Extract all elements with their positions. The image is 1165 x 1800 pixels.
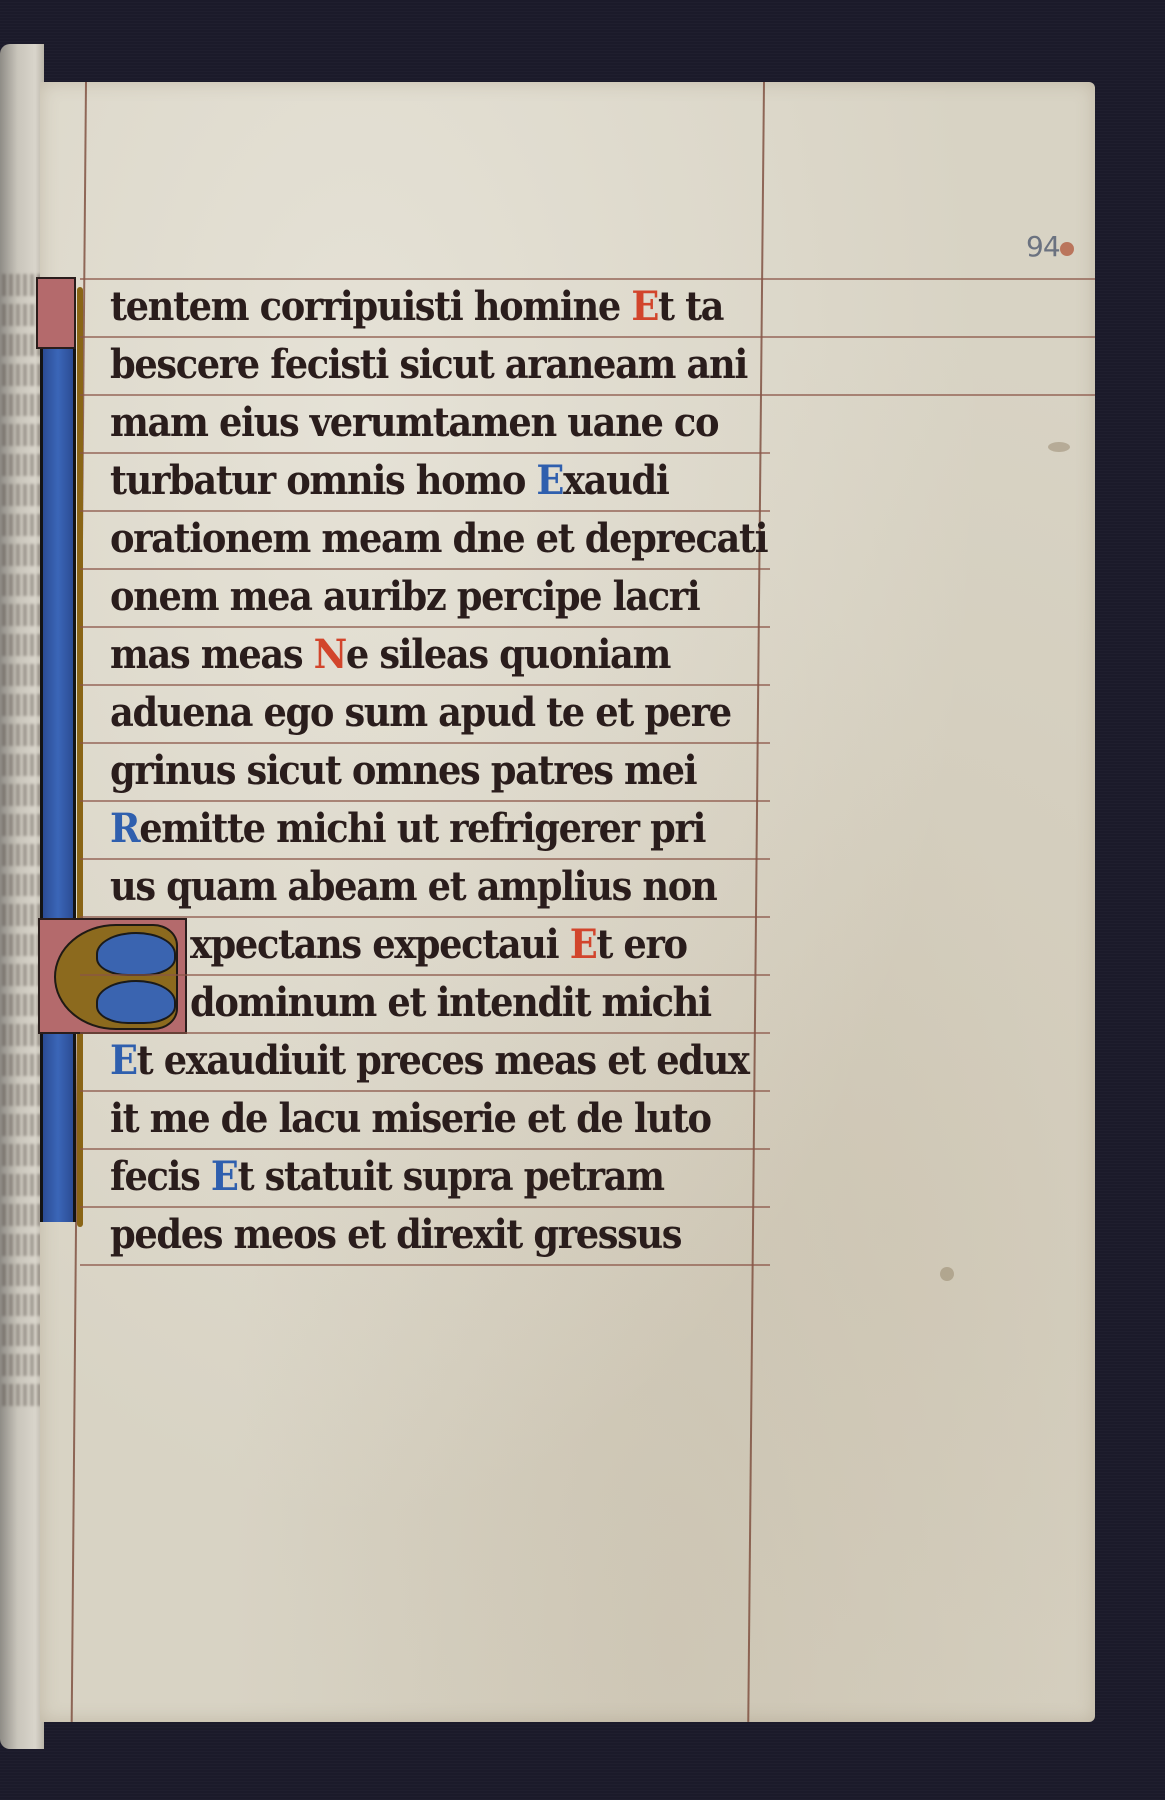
ruling-line xyxy=(80,452,770,454)
adjacent-page-text-ghost xyxy=(2,1024,42,1046)
manuscript-line: us quam abeam et amplius non xyxy=(110,858,716,916)
adjacent-page-text-ghost xyxy=(2,424,42,446)
line-text: orationem meam dne et deprecati xyxy=(110,515,767,562)
ruling-line xyxy=(80,1264,770,1266)
ruling-line xyxy=(80,394,1095,396)
manuscript-line: turbatur omnis homo Exaudi xyxy=(110,452,668,510)
adjacent-page-text-ghost xyxy=(2,544,42,566)
ruling-line xyxy=(80,510,770,512)
adjacent-page-text-ghost xyxy=(2,514,42,536)
initial-E-upper-bowl xyxy=(96,932,176,976)
illuminated-initial-I-cap xyxy=(36,277,76,349)
adjacent-page-text-ghost xyxy=(2,1084,42,1106)
ruling-line xyxy=(80,1206,770,1208)
adjacent-page-text-ghost xyxy=(2,844,42,866)
line-text: e sileas quoniam xyxy=(346,631,670,678)
adjacent-page-text-ghost xyxy=(2,1294,42,1316)
folio-ink-mark xyxy=(1060,242,1074,256)
ruling-line xyxy=(80,336,1095,338)
parchment-stain xyxy=(1048,442,1070,452)
adjacent-page-text-ghost xyxy=(2,874,42,896)
adjacent-page-text-ghost xyxy=(2,964,42,986)
manuscript-line: bescere fecisti sicut araneam ani xyxy=(110,336,747,394)
adjacent-page-text-ghost xyxy=(2,934,42,956)
line-text: t exaudiuit preces meas et edux xyxy=(137,1037,749,1084)
manuscript-line: onem mea auribz percipe lacri xyxy=(110,568,699,626)
adjacent-page-text-ghost xyxy=(2,1144,42,1166)
line-text: mam eius verumtamen uane co xyxy=(110,399,718,446)
rubricated-initial-red: N xyxy=(314,631,346,678)
ruling-line xyxy=(80,1032,770,1034)
adjacent-page-text-ghost xyxy=(2,694,42,716)
adjacent-page-text-ghost xyxy=(2,1264,42,1286)
ruling-line xyxy=(80,1148,770,1150)
rubricated-initial-red: E xyxy=(570,921,597,968)
adjacent-page-text-ghost xyxy=(2,904,42,926)
ruling-line xyxy=(80,626,770,628)
adjacent-page-text-ghost xyxy=(2,724,42,746)
manuscript-line: mam eius verumtamen uane co xyxy=(110,394,718,452)
adjacent-page-text-ghost xyxy=(2,814,42,836)
adjacent-page-text-ghost xyxy=(2,664,42,686)
manuscript-line: grinus sicut omnes patres mei xyxy=(110,742,696,800)
adjacent-page-text-ghost xyxy=(2,1054,42,1076)
adjacent-page-text-ghost xyxy=(2,1384,42,1406)
adjacent-page-text-ghost xyxy=(2,754,42,776)
manuscript-line: aduena ego sum apud te et pere xyxy=(110,684,731,742)
rubricated-initial-blue: R xyxy=(110,805,139,852)
folio-number: 94 xyxy=(1026,230,1060,263)
line-text: grinus sicut omnes patres mei xyxy=(110,747,696,794)
line-text: t ta xyxy=(658,283,723,330)
initial-E-lower-bowl xyxy=(96,980,176,1024)
ruling-line xyxy=(80,858,770,860)
line-text: dominum et intendit michi xyxy=(190,979,711,1026)
line-text: tentem corripuisti homine xyxy=(110,283,631,330)
manuscript-line: it me de lacu miserie et de luto xyxy=(110,1090,711,1148)
adjacent-page-text-ghost xyxy=(2,364,42,386)
line-text: t ero xyxy=(596,921,686,968)
ruling-line xyxy=(80,742,770,744)
adjacent-page-text-ghost xyxy=(2,1114,42,1136)
ruling-text-right-bound xyxy=(747,82,765,1722)
line-text: mas meas xyxy=(110,631,314,678)
adjacent-page-text-ghost xyxy=(2,1324,42,1346)
rubricated-initial-blue: E xyxy=(211,1153,238,1200)
rubricated-initial-red: E xyxy=(631,283,658,330)
line-text: xaudi xyxy=(563,457,668,504)
ruling-line xyxy=(80,278,1095,280)
adjacent-page-text-ghost xyxy=(2,484,42,506)
line-text: t statuit supra petram xyxy=(238,1153,664,1200)
line-text: onem mea auribz percipe lacri xyxy=(110,573,699,620)
line-text: us quam abeam et amplius non xyxy=(110,863,716,910)
manuscript-line: mas meas Ne sileas quoniam xyxy=(110,626,670,684)
line-text: it me de lacu miserie et de luto xyxy=(110,1095,711,1142)
ruling-line xyxy=(80,684,770,686)
adjacent-page-text-ghost xyxy=(2,1174,42,1196)
ruling-line xyxy=(80,974,770,976)
adjacent-page-text-ghost xyxy=(2,574,42,596)
manuscript-page: 94 tentem corripuisti homine Et tabescer… xyxy=(40,82,1095,1722)
illuminated-initial-I xyxy=(40,277,76,1222)
manuscript-line: pedes meos et direxit gressus xyxy=(110,1206,681,1264)
manuscript-line: tentem corripuisti homine Et ta xyxy=(110,278,723,336)
rubricated-initial-blue: E xyxy=(110,1037,137,1084)
manuscript-line: orationem meam dne et deprecati xyxy=(110,510,767,568)
ruling-line xyxy=(80,916,770,918)
manuscript-line: Et exaudiuit preces meas et edux xyxy=(110,1032,749,1090)
ruling-line xyxy=(80,1090,770,1092)
adjacent-page-text-ghost xyxy=(2,394,42,416)
adjacent-page-text-ghost xyxy=(2,604,42,626)
adjacent-page-text-ghost xyxy=(2,1204,42,1226)
ruling-line xyxy=(80,800,770,802)
illuminated-initial-E xyxy=(38,918,187,1034)
adjacent-page-text-ghost xyxy=(2,1234,42,1256)
adjacent-page-text-ghost xyxy=(2,994,42,1016)
initial-E-gold-body xyxy=(54,924,178,1030)
line-text: pedes meos et direxit gressus xyxy=(110,1211,681,1258)
manuscript-line: fecis Et statuit supra petram xyxy=(110,1148,664,1206)
ruling-line xyxy=(80,568,770,570)
line-text: emitte michi ut refrigerer pri xyxy=(139,805,705,852)
manuscript-line: xpectans expectaui Et ero xyxy=(190,916,687,974)
parchment-stain xyxy=(940,1267,954,1281)
rubricated-initial-blue: E xyxy=(536,457,563,504)
line-text: aduena ego sum apud te et pere xyxy=(110,689,731,736)
adjacent-page-text-ghost xyxy=(2,784,42,806)
adjacent-page-text-ghost xyxy=(2,1354,42,1376)
adjacent-page-text-ghost xyxy=(2,454,42,476)
line-text: turbatur omnis homo xyxy=(110,457,536,504)
line-text: xpectans expectaui xyxy=(190,921,570,968)
adjacent-page-text-ghost xyxy=(2,634,42,656)
manuscript-line: Remitte michi ut refrigerer pri xyxy=(110,800,705,858)
line-text: fecis xyxy=(110,1153,211,1200)
line-text: bescere fecisti sicut araneam ani xyxy=(110,341,747,388)
manuscript-line: dominum et intendit michi xyxy=(190,974,711,1032)
